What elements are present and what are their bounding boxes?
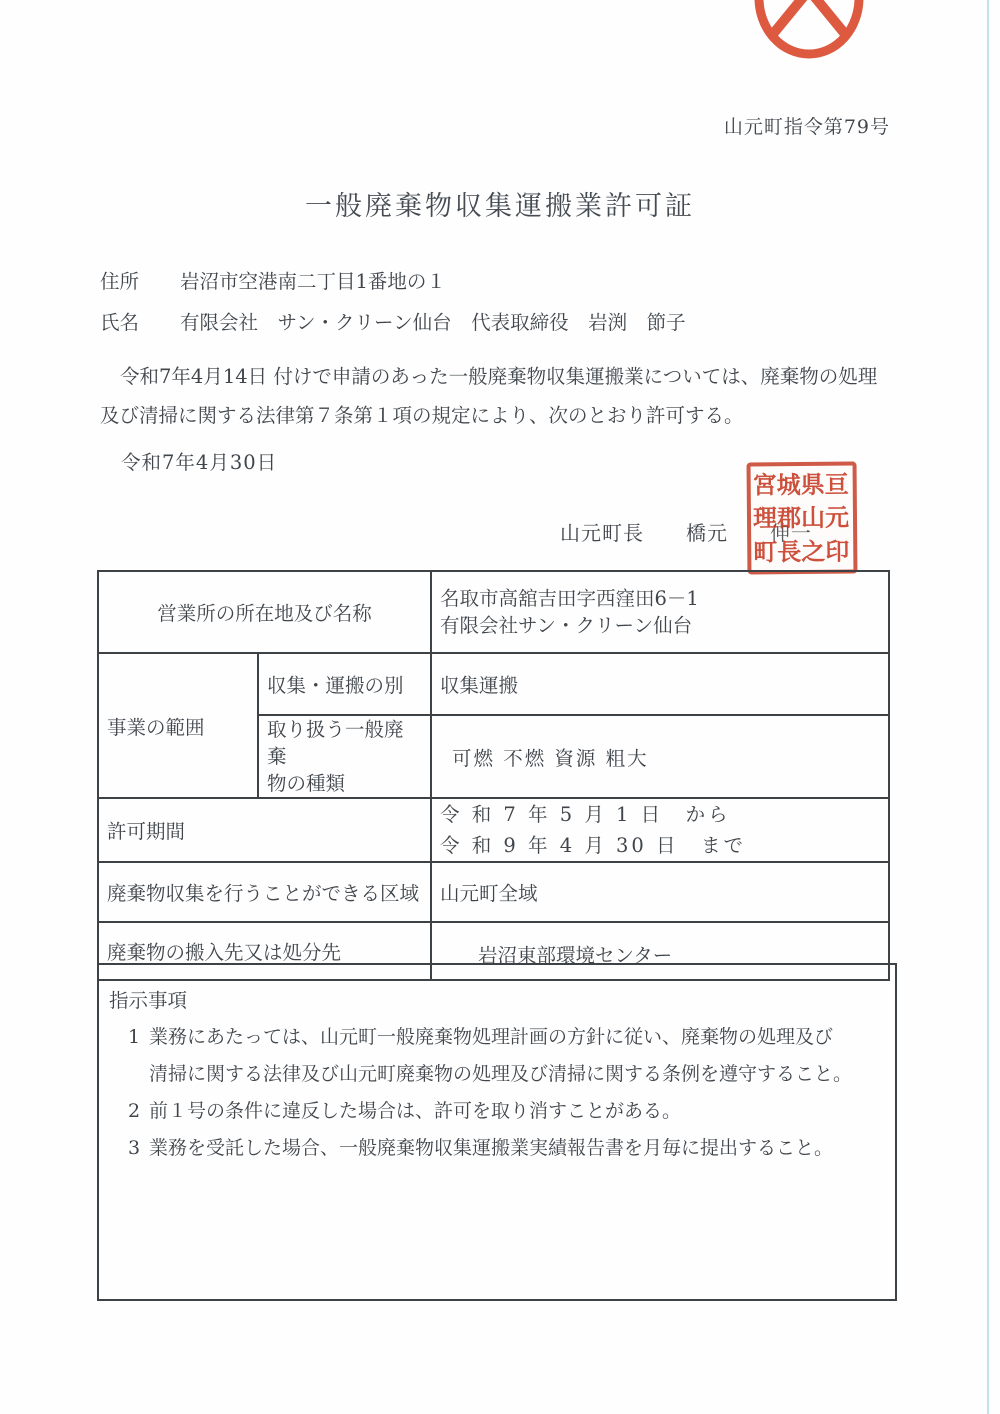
- waste-label-line-2: 物の種類: [267, 770, 422, 797]
- permit-document: 山元町指令第79号 一般廃棄物収集運搬業許可証 住所 岩沼市空港南二丁目1番地の…: [0, 0, 1000, 1414]
- instruction-1-text: 業務にあたっては、山元町一般廃棄物処理計画の方針に従い、廃棄物の処理及び 清掃に…: [149, 1019, 895, 1093]
- kind-value: 収集運搬: [440, 674, 518, 697]
- statement-line-1: 令和7年4月14日 付けで申請のあった一般廃棄物収集運搬業については、廃棄物の処…: [100, 357, 915, 396]
- permit-details-table: 営業所の所在地及び名称 名取市高舘吉田字西窪田6－1 有限会社サン・クリーン仙台…: [97, 570, 890, 981]
- period-from: 令 和 7 年 5 月 1 日 から: [440, 799, 880, 830]
- kind-value-cell: 収集運搬: [431, 653, 889, 715]
- area-label-cell: 廃棄物収集を行うことができる区域: [98, 862, 431, 922]
- waste-label-cell: 取り扱う一般廃棄 物の種類: [258, 715, 431, 798]
- seal-row-2: 理郡山元: [752, 502, 852, 534]
- area-label: 廃棄物収集を行うことができる区域: [107, 882, 419, 905]
- instruction-1-line-2: 清掃に関する法律及び山元町廃棄物の処理及び清掃に関する条例を遵守すること。: [149, 1056, 895, 1093]
- page-title: 一般廃棄物収集運搬業許可証: [0, 184, 1000, 223]
- office-value-cell: 名取市高舘吉田字西窪田6－1 有限会社サン・クリーン仙台: [431, 571, 889, 653]
- table-row-office: 営業所の所在地及び名称 名取市高舘吉田字西窪田6－1 有限会社サン・クリーン仙台: [98, 571, 889, 653]
- period-label: 許可期間: [107, 820, 185, 843]
- issue-date: 令和7年4月30日: [121, 447, 277, 475]
- office-label: 営業所の所在地及び名称: [157, 602, 372, 625]
- statement-line-2: 及び清掃に関する法律第７条第１項の規定により、次のとおり許可する。: [100, 396, 915, 435]
- area-value-cell: 山元町全域: [431, 862, 889, 922]
- instructions-box: 指示事項 1 業務にあたっては、山元町一般廃棄物処理計画の方針に従い、廃棄物の処…: [97, 963, 897, 1301]
- instructions-heading: 指示事項: [109, 985, 895, 1013]
- office-company: 有限会社サン・クリーン仙台: [440, 612, 880, 639]
- period-label-cell: 許可期間: [98, 798, 431, 862]
- address-row: 住所 岩沼市空港南二丁目1番地の１: [100, 266, 686, 294]
- office-address: 名取市高舘吉田字西窪田6－1: [440, 585, 880, 612]
- office-label-cell: 営業所の所在地及び名称: [98, 571, 431, 653]
- mayor-seal-stamp: 宮城県亘 理郡山元 町長之印: [747, 462, 858, 575]
- area-value: 山元町全域: [440, 882, 538, 905]
- address-value: 岩沼市空港南二丁目1番地の１: [180, 266, 446, 294]
- scope-label: 事業の範囲: [107, 716, 205, 739]
- instruction-item-1: 1 業務にあたっては、山元町一般廃棄物処理計画の方針に従い、廃棄物の処理及び 清…: [99, 1019, 895, 1093]
- round-stamp-icon: [751, 0, 867, 64]
- scope-label-cell: 事業の範囲: [98, 653, 258, 798]
- table-row-area: 廃棄物収集を行うことができる区域 山元町全域: [98, 862, 889, 922]
- instruction-item-3: 3 業務を受託した場合、一般廃棄物収集運搬業実績報告書を月毎に提出すること。: [99, 1130, 895, 1167]
- seal-row-1: 宮城県亘: [752, 469, 852, 501]
- period-value-cell: 令 和 7 年 5 月 1 日 から 令 和 9 年 4 月 30 日 まで: [431, 798, 889, 862]
- seal-row-3: 町長之印: [752, 535, 852, 567]
- name-label: 氏名: [100, 307, 180, 335]
- instruction-item-2: 2 前１号の条件に違反した場合は、許可を取り消すことがある。: [99, 1093, 895, 1130]
- recipient-block: 住所 岩沼市空港南二丁目1番地の１ 氏名 有限会社 サン・クリーン仙台 代表取締…: [100, 266, 686, 348]
- permit-statement: 令和7年4月14日 付けで申請のあった一般廃棄物収集運搬業については、廃棄物の処…: [100, 357, 915, 435]
- instruction-2-text: 前１号の条件に違反した場合は、許可を取り消すことがある。: [149, 1093, 895, 1130]
- table-row-kind: 事業の範囲 収集・運搬の別 収集運搬: [98, 653, 889, 715]
- instruction-1-line-1: 業務にあたっては、山元町一般廃棄物処理計画の方針に従い、廃棄物の処理及び: [149, 1019, 895, 1056]
- instruction-2-number: 2: [119, 1093, 149, 1130]
- name-value: 有限会社 サン・クリーン仙台 代表取締役 岩渕 節子: [180, 307, 686, 335]
- instruction-3-number: 3: [119, 1130, 149, 1167]
- doc-number: 山元町指令第79号: [0, 112, 890, 139]
- address-label: 住所: [100, 266, 180, 294]
- kind-label: 収集・運搬の別: [267, 674, 404, 697]
- name-row: 氏名 有限会社 サン・クリーン仙台 代表取締役 岩渕 節子: [100, 307, 686, 335]
- waste-value-cell: 可燃 不燃 資源 粗大: [431, 715, 889, 798]
- instruction-1-number: 1: [119, 1019, 149, 1093]
- kind-label-cell: 収集・運搬の別: [258, 653, 431, 715]
- instruction-3-text: 業務を受託した場合、一般廃棄物収集運搬業実績報告書を月毎に提出すること。: [149, 1130, 895, 1167]
- period-to: 令 和 9 年 4 月 30 日 まで: [440, 830, 880, 861]
- table-row-period: 許可期間 令 和 7 年 5 月 1 日 から 令 和 9 年 4 月 30 日…: [98, 798, 889, 862]
- waste-label-line-1: 取り扱う一般廃棄: [267, 716, 422, 770]
- dest-label: 廃棄物の搬入先又は処分先: [107, 941, 341, 964]
- waste-value: 可燃 不燃 資源 粗大: [440, 743, 880, 771]
